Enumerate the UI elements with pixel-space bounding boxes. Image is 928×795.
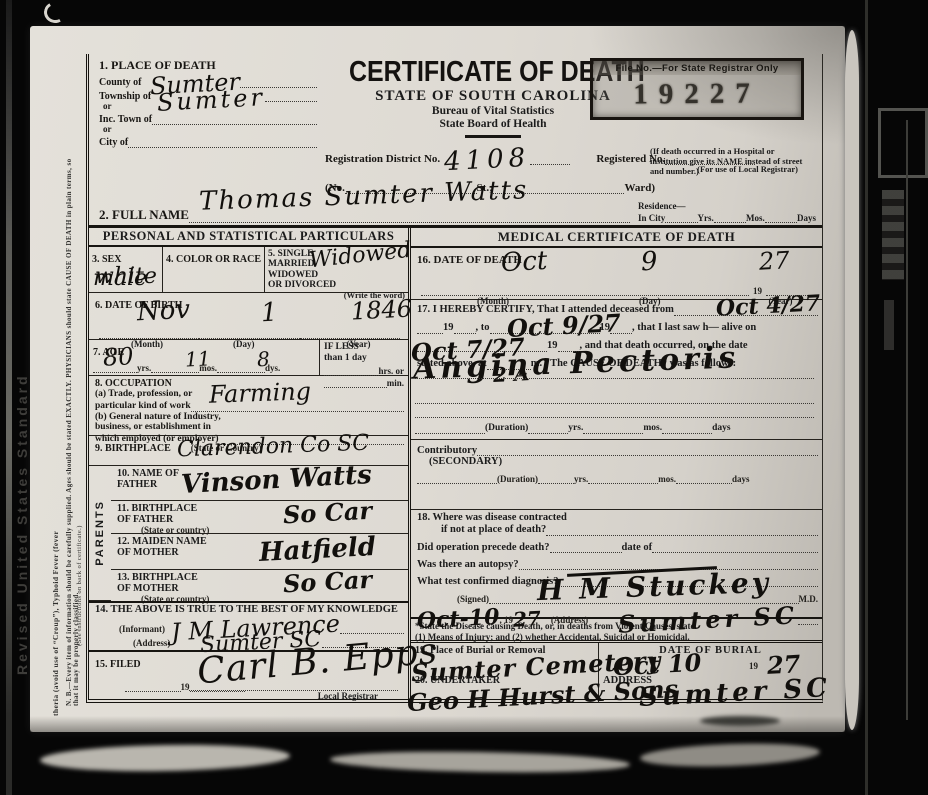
- paper-edge-highlight: [845, 30, 859, 730]
- photostat-background: Revised United States Standard theria (a…: [0, 0, 928, 795]
- burial-section: 19. Place of Burial or Removal Sumter Ce…: [411, 643, 822, 703]
- place-of-death-block: 1. PLACE OF DEATH County of Sumter Towns…: [89, 54, 325, 200]
- attended-from-handwriting: Oct 4/27: [715, 295, 820, 318]
- date-of-burial-cell: DATE OF BURIAL Oct 10 19 27: [599, 643, 822, 673]
- film-scratch-mark: [42, 0, 69, 25]
- marital-cell: 5. SINGLE MARRIED WIDOWED OR DIVORCED (W…: [265, 247, 408, 292]
- age-days-handwriting: 8: [257, 351, 271, 368]
- dod-year-handwriting: 27: [759, 251, 791, 272]
- physician-address-handwriting: Sumter SC: [618, 605, 799, 634]
- film-edge-streak: [6, 0, 12, 795]
- paper-curl-highlight-2: [330, 749, 630, 774]
- right-column-header: MEDICAL CERTIFICATE OF DEATH: [411, 228, 822, 248]
- local-registrar-caption: Local Registrar: [318, 691, 378, 701]
- margin-instruction-1: theria (avoid use of “Croup”), Typhoid F…: [52, 356, 60, 716]
- adjacent-document-smudge: [882, 190, 904, 280]
- film-crease: [865, 0, 868, 795]
- columns: PERSONAL AND STATISTICAL PARTICULARS 3. …: [89, 228, 822, 703]
- race-handwriting: white: [95, 268, 157, 286]
- birthplace-handwriting: Clarendon Co SC: [177, 435, 370, 459]
- full-name-handwriting: Thomas Sumter Watts: [199, 180, 529, 212]
- file-number-label: File No.—For State Registrar Only: [593, 61, 801, 75]
- father-birthplace-handwriting: So Car: [283, 501, 373, 525]
- title-rule: [465, 135, 521, 138]
- paper-curl-highlight-3: [640, 741, 821, 769]
- certificate-paper: theria (avoid use of “Croup”), Typhoid F…: [30, 26, 845, 732]
- medical-certificate-column: MEDICAL CERTIFICATE OF DEATH 16. DATE OF…: [411, 228, 822, 703]
- parents-vertical-label: PARENTS: [89, 466, 111, 601]
- certification-section: 17. I HEREBY CERTIFY, That I attended de…: [411, 300, 822, 440]
- file-number-box: File No.—For State Registrar Only 19227: [590, 58, 804, 120]
- title-and-registration-block: CERTIFICATE OF DEATH STATE OF SOUTH CARO…: [325, 54, 822, 200]
- dob-year-handwriting: 1846: [351, 299, 413, 321]
- date-of-birth-row: 6. DATE OF BIRTH Nov 1 1846 (Month) (Day…: [89, 293, 408, 340]
- age-years-handwriting: 80: [103, 347, 135, 368]
- undertaker-cell: 20. UNDERTAKER Geo H Hurst & Sons: [411, 673, 599, 703]
- township-handwriting: Sumter: [157, 88, 266, 113]
- dod-day-handwriting: 9: [640, 252, 658, 274]
- township-field: Township of Sumter: [99, 90, 317, 102]
- dod-month-handwriting: Oct: [500, 251, 547, 274]
- adjacent-document-box: [878, 108, 928, 178]
- city-field: City of: [99, 136, 317, 148]
- disease-questions-section: 18. Where was disease contracted if not …: [411, 510, 822, 617]
- cause-of-death-handwriting: Angina Pectoris: [413, 346, 740, 381]
- occupation-handwriting: Farming: [209, 382, 312, 405]
- parents-section: PARENTS 10. NAME OF FATHER Vinson Watts …: [89, 466, 408, 601]
- hospital-note: (If death occurred in a Hospital or inst…: [650, 146, 806, 177]
- full-name-label: 2. FULL NAME: [99, 207, 189, 223]
- race-cell: 4. COLOR OR RACE white: [163, 247, 265, 292]
- inc-town-field: Inc. Town of: [99, 113, 317, 125]
- paper-curl-highlight-1: [40, 743, 290, 773]
- film-scratch-line: [906, 120, 908, 720]
- dob-month-handwriting: Nov: [136, 300, 190, 324]
- mother-birthplace-row: 13. BIRTHPLACE OF MOTHER (State or count…: [111, 570, 408, 601]
- if-less-cell: IF LESS than 1 day hrs. or min.: [320, 340, 408, 375]
- father-birthplace-row: 11. BIRTHPLACE OF FATHER (State or count…: [111, 501, 408, 534]
- mother-birthplace-handwriting: So Car: [283, 570, 373, 594]
- age-months-handwriting: 11: [185, 350, 211, 367]
- date-of-death-row: 16. DATE OF DEATH Oct 9 27 19 (Month) (D…: [411, 248, 822, 300]
- sign-year-handwriting: 27: [513, 610, 542, 627]
- filed-section: 15. FILED 19 Carl B. Epps Local Registra…: [89, 652, 408, 703]
- margin-instruction-3: (See instructions on back of certificate…: [77, 226, 84, 646]
- contributory-section: Contributory (SECONDARY) (Duration) yrs.…: [411, 440, 822, 510]
- occupation-row: 8. OCCUPATION (a) Trade, profession, or …: [89, 376, 408, 436]
- certificate-form: 1. PLACE OF DEATH County of Sumter Towns…: [86, 54, 823, 703]
- mother-maiden-handwriting: Hatfield: [259, 537, 377, 564]
- father-name-handwriting: Vinson Watts: [181, 465, 373, 496]
- sign-date-handwriting: Oct-10: [417, 609, 500, 631]
- adjacent-document-smudge-2: [884, 300, 894, 350]
- board-line: State Board of Health: [343, 118, 643, 131]
- paper-curl-shadow: [700, 716, 780, 726]
- place-of-burial-cell: 19. Place of Burial or Removal Sumter Ce…: [411, 643, 599, 673]
- dob-day-handwriting: 1: [260, 303, 278, 325]
- age-row: 7. AGE 80 11 8 yrs. mos. dys.: [89, 340, 408, 376]
- registration-district-handwriting: 4108: [444, 148, 531, 173]
- undertaker-address-handwriting: Sumter SC: [639, 678, 832, 709]
- residence-block: Residence— In City Yrs. Mos. Days: [630, 201, 816, 223]
- personal-particulars-column: PERSONAL AND STATISTICAL PARTICULARS 3. …: [89, 228, 411, 703]
- sex-race-marital-row: 3. SEX male 4. COLOR OR RACE white 5. SI…: [89, 247, 408, 293]
- film-edge-label: Revised United States Standard: [14, 115, 30, 675]
- burial-year-handwriting: 27: [767, 654, 801, 675]
- full-name-row: 2. FULL NAME Thomas Sumter Watts Residen…: [89, 200, 822, 228]
- file-number-stamp: 19227: [593, 77, 801, 112]
